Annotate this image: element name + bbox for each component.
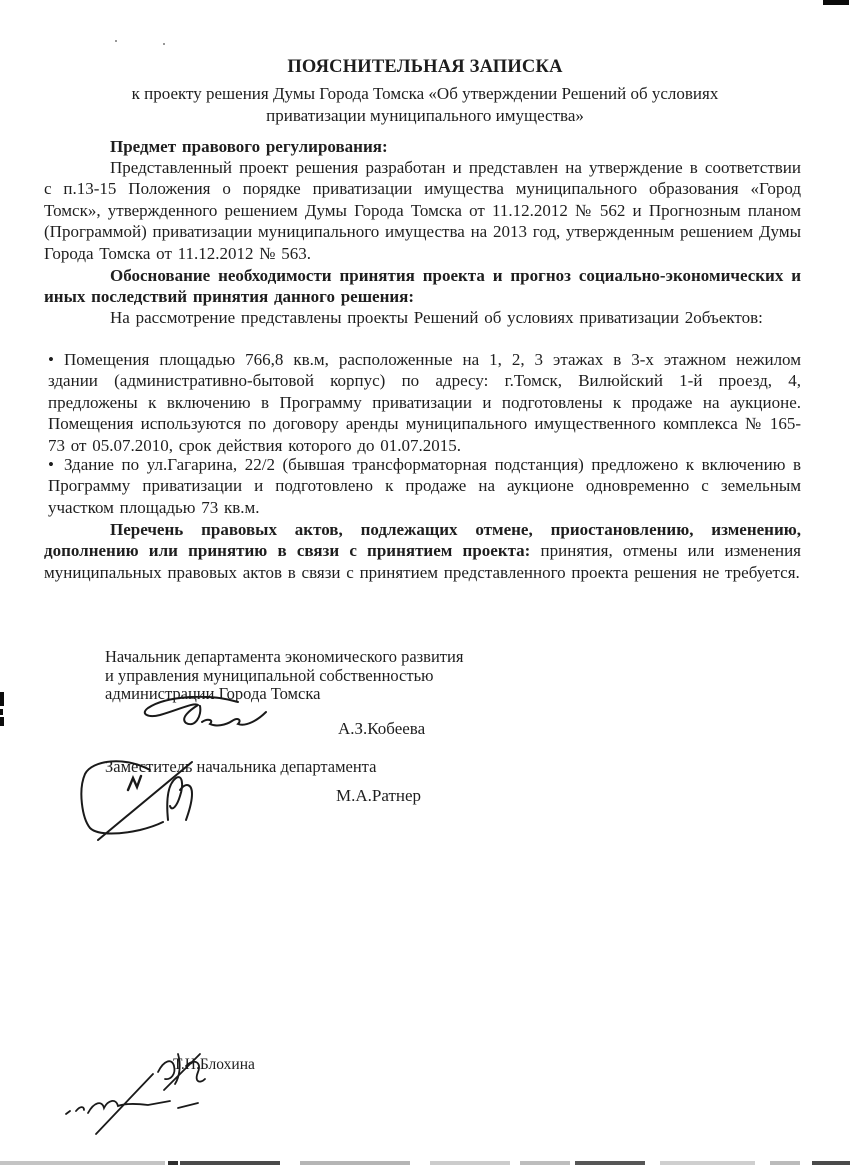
kobeeva-signature xyxy=(138,696,273,738)
scanner-line-segment xyxy=(180,1161,280,1165)
scanner-line-segment xyxy=(812,1161,850,1165)
scanner-line-segment xyxy=(300,1161,410,1165)
scan-edge-mark xyxy=(823,0,849,5)
scan-edge-mark xyxy=(0,709,3,715)
scanner-line-segment xyxy=(575,1161,645,1165)
subtitle-line-2: приватизации муниципального имущества» xyxy=(44,105,806,127)
footer-signatory-name: Т.Н.Блохина xyxy=(107,1054,850,1075)
ratner-signature xyxy=(80,756,220,842)
scan-edge-mark xyxy=(0,717,4,726)
bullet-text-building: Здание по ул.Гагарина, 22/2 (бывшая тран… xyxy=(48,455,801,517)
scanner-line-segment xyxy=(0,1161,165,1165)
signatory-1-position-line-1: Начальник департамента экономического ра… xyxy=(105,648,585,667)
scanner-line-segment xyxy=(660,1161,755,1165)
paragraph-subject-body: Представленный проект решения разработан… xyxy=(44,157,801,264)
paragraph-intro: На рассмотрение представлены проекты Реш… xyxy=(44,307,801,328)
section-heading-justification: Обоснование необходимости принятия проек… xyxy=(44,265,801,308)
paragraph-legal-acts: Перечень правовых актов, подлежащих отме… xyxy=(44,519,801,583)
blokhina-signature xyxy=(58,1048,218,1140)
bullet-item-premises: •Помещения площадью 766,8 кв.м, располож… xyxy=(44,349,801,456)
section-heading-subject: Предмет правового регулирования: xyxy=(44,136,801,157)
signatory-1-position-line-2: и управления муниципальной собственность… xyxy=(105,667,585,686)
scan-edge-mark xyxy=(0,692,4,706)
scanned-document-page: ПОЯСНИТЕЛЬНАЯ ЗАПИСКА к проекту решения … xyxy=(0,0,850,1170)
bullet-text-premises: Помещения площадью 766,8 кв.м, расположе… xyxy=(48,350,801,455)
bullet-marker: • xyxy=(48,455,54,474)
signatory-1-name: А.З.Кобеева xyxy=(272,718,850,739)
bullet-item-building: •Здание по ул.Гагарина, 22/2 (бывшая тра… xyxy=(44,454,801,518)
scanner-line-segment xyxy=(520,1161,570,1165)
document-subtitle: к проекту решения Думы Города Томска «Об… xyxy=(44,83,806,126)
scan-speck xyxy=(163,43,165,45)
bullet-marker: • xyxy=(48,350,54,369)
scanner-line-segment xyxy=(168,1161,178,1165)
subtitle-line-1: к проекту решения Думы Города Томска «Об… xyxy=(44,83,806,105)
scanner-line-segment xyxy=(770,1161,800,1165)
signatory-2-name: М.А.Ратнер xyxy=(270,785,850,806)
document-title: ПОЯСНИТЕЛЬНАЯ ЗАПИСКА xyxy=(0,57,850,78)
scan-speck xyxy=(115,40,117,42)
scanner-line-segment xyxy=(430,1161,510,1165)
